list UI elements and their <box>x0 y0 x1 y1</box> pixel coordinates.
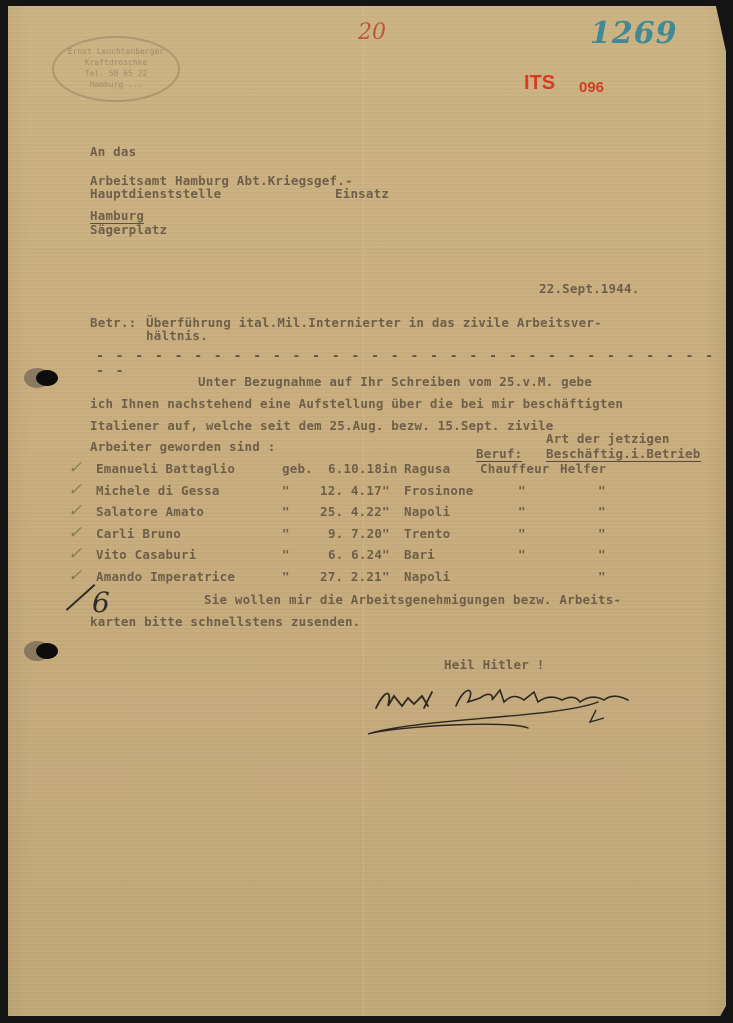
worker-geb: " <box>282 483 290 498</box>
page-number: 20 <box>358 20 386 45</box>
worker-in: " <box>382 483 390 498</box>
worker-in: " <box>382 526 390 541</box>
worker-in: " <box>382 569 390 584</box>
tally-slash <box>66 584 96 611</box>
worker-date: 6.10.18 <box>328 461 382 476</box>
worker-beruf: " <box>518 483 526 498</box>
worker-in: " <box>382 504 390 519</box>
worker-beruf: Chauffeur <box>480 461 550 476</box>
header-art-line2-text: Beschäftig.i.Betrieb <box>546 446 701 462</box>
worker-place: Trento <box>404 526 450 541</box>
worker-name: Amando Imperatrice <box>96 569 235 584</box>
worker-beruf: " <box>518 504 526 519</box>
stamp-line: Kraftdroschke <box>54 57 178 68</box>
subject-line1: Überführung ital.Mil.Internierter in das… <box>146 315 602 330</box>
recipient-street: Sägerplatz <box>90 222 167 237</box>
worker-name: Michele di Gessa <box>96 483 220 498</box>
stamp-line: Hamburg ... <box>54 79 178 90</box>
closing-line2: karten bitte schnellstens zusenden. <box>90 614 360 629</box>
worker-geb: geb. <box>282 461 313 476</box>
recipient-salutation: An das <box>90 144 136 159</box>
recipient-line2-left: Hauptdienststelle <box>90 186 221 201</box>
worker-place: Frosinone <box>404 483 474 498</box>
recipient-line2-right: Einsatz <box>335 186 389 201</box>
worker-place: Ragusa <box>404 461 450 476</box>
body-line3: Italiener auf, welche seit dem 25.Aug. b… <box>90 418 554 433</box>
worker-art: " <box>598 569 606 584</box>
worker-date: 6. 6.24 <box>328 547 382 562</box>
check-mark: ✓ <box>68 566 82 586</box>
header-art-line1: Art der jetzigen <box>546 431 670 446</box>
stamp-line: Tel. 58 65 22 <box>54 68 178 79</box>
stamp-line: Ernst Leuchtenberger <box>54 46 178 57</box>
worker-art: Helfer <box>560 461 606 476</box>
worker-geb: " <box>282 569 290 584</box>
letter-date: 22.Sept.1944. <box>539 281 639 296</box>
worker-art: " <box>598 483 606 498</box>
worker-geb: " <box>282 504 290 519</box>
recipient-city: Hamburg <box>90 208 144 223</box>
worker-art: " <box>598 504 606 519</box>
check-mark: ✓ <box>68 458 82 478</box>
check-mark: ✓ <box>68 501 82 521</box>
check-mark: ✓ <box>68 544 82 564</box>
body-line4: Arbeiter geworden sind : <box>90 439 275 454</box>
header-beruf: Beruf: <box>476 446 522 461</box>
binder-hole <box>36 643 58 659</box>
letterhead-stamp: Ernst Leuchtenberger Kraftdroschke Tel. … <box>52 36 180 102</box>
worker-in: " <box>382 547 390 562</box>
binder-hole <box>36 370 58 386</box>
worker-date: 9. 7.20 <box>328 526 382 541</box>
worker-place: Napoli <box>404 569 450 584</box>
body-line1: Unter Bezugnahme auf Ihr Schreiben vom 2… <box>198 374 592 389</box>
worker-name: Emanueli Battaglio <box>96 461 235 476</box>
subject-label: Betr.: <box>90 315 136 330</box>
worker-geb: " <box>282 526 290 541</box>
worker-art: " <box>598 547 606 562</box>
body-line2: ich Ihnen nachstehend eine Aufstellung ü… <box>90 396 623 411</box>
worker-place: Bari <box>404 547 435 562</box>
worker-date: 27. 2.21 <box>320 569 382 584</box>
worker-art: " <box>598 526 606 541</box>
document-page: Ernst Leuchtenberger Kraftdroschke Tel. … <box>8 6 726 1016</box>
header-art-line2: Beschäftig.i.Betrieb <box>546 446 701 461</box>
signature <box>358 678 648 746</box>
worker-date: 12. 4.17 <box>320 483 382 498</box>
worker-date: 25. 4.22 <box>320 504 382 519</box>
worker-beruf: " <box>518 547 526 562</box>
check-mark: ✓ <box>68 523 82 543</box>
closing-line1: Sie wollen mir die Arbeitsgenehmigungen … <box>204 592 621 607</box>
document-number: 1269 <box>590 16 678 51</box>
worker-name: Carli Bruno <box>96 526 181 541</box>
worker-name: Salatore Amato <box>96 504 204 519</box>
worker-geb: " <box>282 547 290 562</box>
worker-name: Vito Casaburi <box>96 547 196 562</box>
worker-place: Napoli <box>404 504 450 519</box>
check-mark: ✓ <box>68 480 82 500</box>
worker-beruf: " <box>518 526 526 541</box>
subject-line2: hältnis. <box>146 328 208 343</box>
its-stamp-number: 096 <box>579 79 604 96</box>
its-stamp-label: ITS <box>524 72 555 95</box>
header-beruf-text: Beruf: <box>476 446 522 462</box>
worker-in: in <box>382 461 397 476</box>
closing-greeting: Heil Hitler ! <box>444 657 544 672</box>
